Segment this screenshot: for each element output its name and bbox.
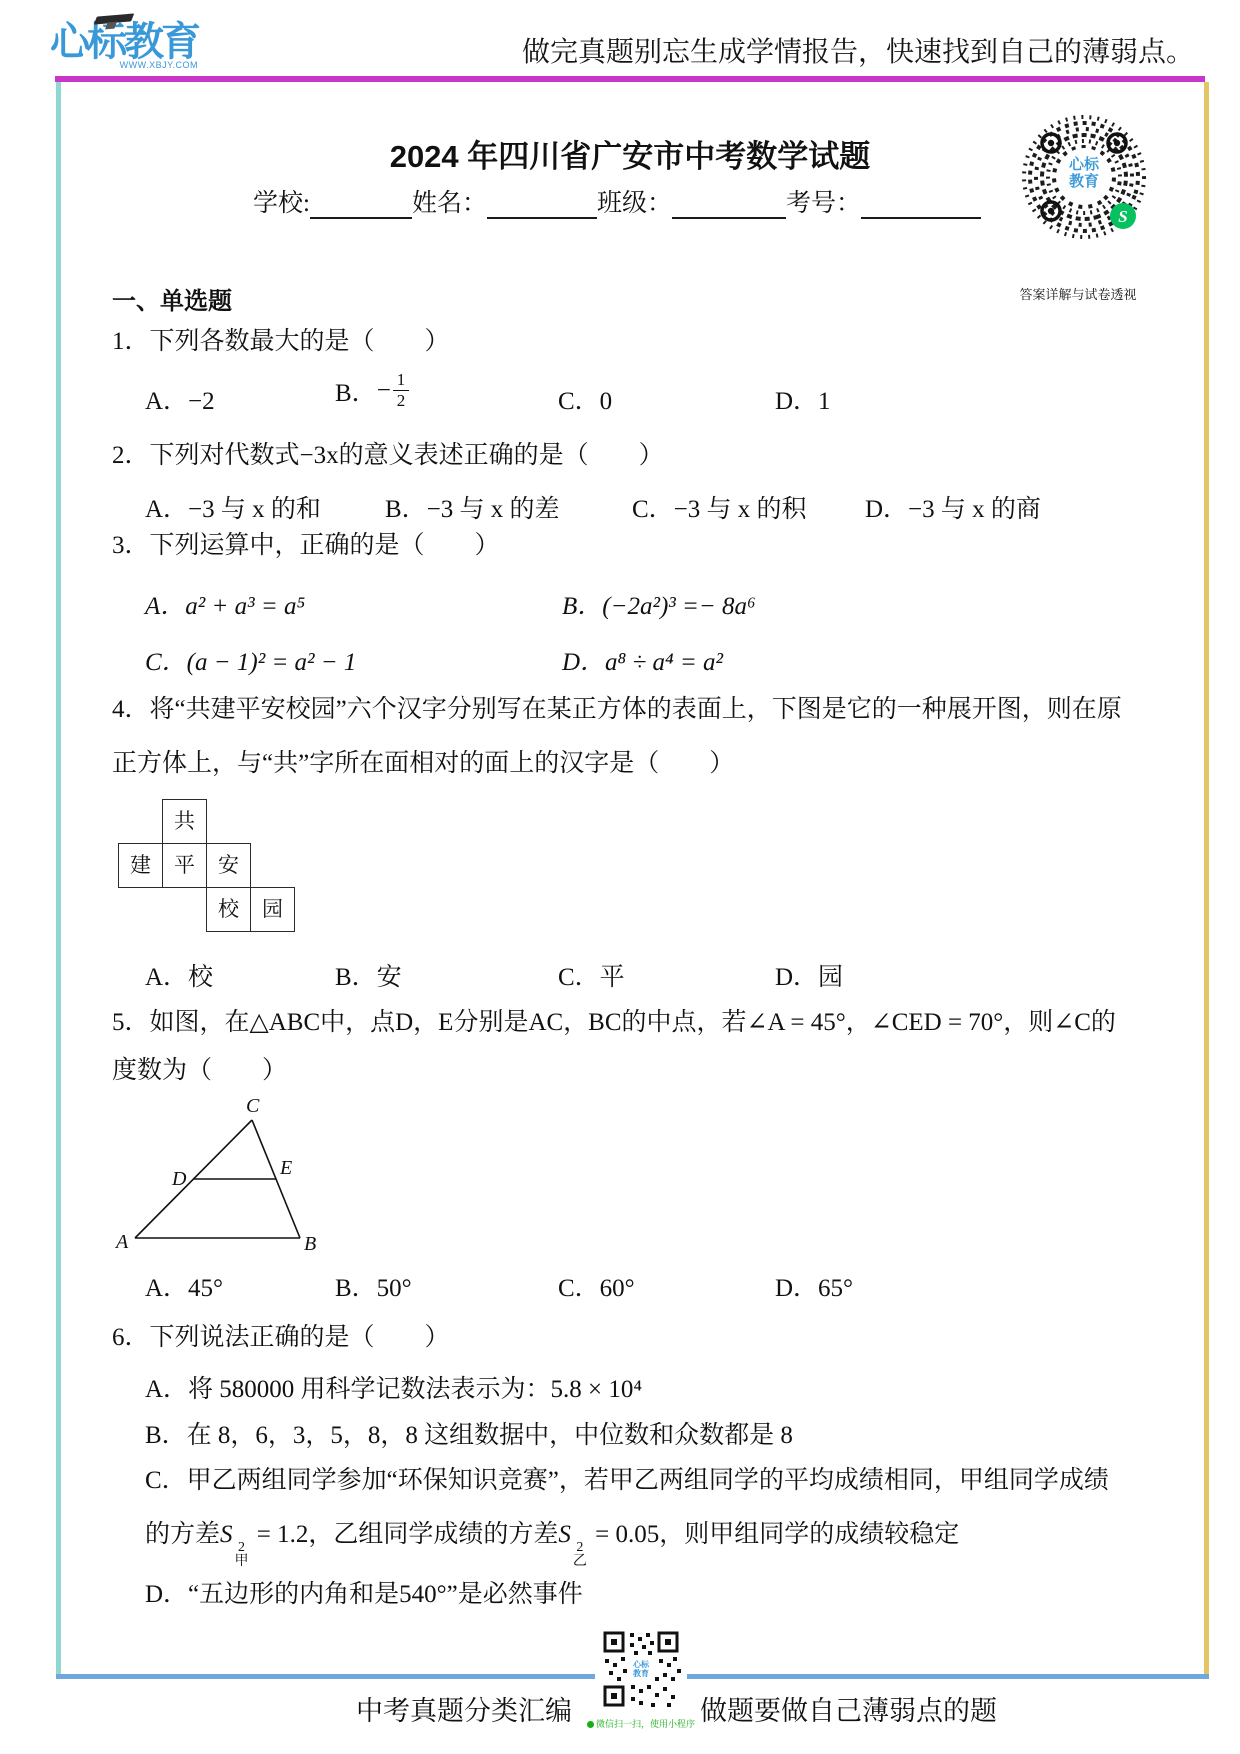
net-cell-gong: 共 bbox=[162, 799, 207, 844]
question-5-text-line2: 度数为（ ） bbox=[112, 1050, 287, 1086]
student-info-line: 学校: 姓名： 班级： 考号： bbox=[253, 183, 981, 219]
header-slogan: 做完真题别忘生成学情报告，快速找到自己的薄弱点。 bbox=[522, 30, 1194, 70]
q3-option-d: D．a⁸ ÷ a⁴ = a² bbox=[562, 642, 723, 678]
name-label: 姓名： bbox=[412, 183, 487, 219]
footer-qr-caption: 微信扫一扫，使用小程序 bbox=[575, 1717, 707, 1730]
minus-sign: − bbox=[377, 377, 391, 405]
q6-option-b: B．在 8，6，3，5，8，8 这组数据中，中位数和众数都是 8 bbox=[145, 1415, 793, 1451]
q5-option-a: A．45° bbox=[145, 1268, 223, 1304]
qr-center-brand-bottom: 教育 bbox=[1069, 172, 1099, 190]
net-cell-ping: 平 bbox=[162, 843, 207, 888]
q6-option-c-line2: 的方差S2甲 = 1.2，乙组同学成绩的方差S2乙 = 0.05，则甲组同学的成… bbox=[145, 1514, 959, 1569]
section-heading: 一、单选题 bbox=[112, 281, 232, 316]
q2-option-d: D．−3 与 x 的商 bbox=[865, 489, 1041, 525]
q4-option-b: B．安 bbox=[335, 957, 402, 993]
svg-text:S: S bbox=[1118, 207, 1127, 226]
net-cell-xiao: 校 bbox=[206, 887, 251, 932]
triangle-label-d: D bbox=[171, 1168, 187, 1190]
q4-option-d: D．园 bbox=[775, 957, 843, 993]
q5-option-d: D．65° bbox=[775, 1268, 853, 1304]
footer-qr-graphic: 心标 教育 bbox=[600, 1628, 682, 1710]
answers-qr-code: 心标 教育 S bbox=[1017, 110, 1151, 244]
school-label: 学校: bbox=[253, 183, 310, 219]
triangle-diagram: C D E A B bbox=[100, 1090, 330, 1260]
question-6-text: 6．下列说法正确的是（ ） bbox=[112, 1317, 450, 1353]
q6-option-c-line1: C．甲乙两组同学参加“环保知识竞赛”，若甲乙两组同学的平均成绩相同，甲组同学成绩 bbox=[145, 1460, 1109, 1496]
q5-option-b: B．50° bbox=[335, 1268, 412, 1304]
q2-option-a: A．−3 与 x 的和 bbox=[145, 489, 321, 525]
triangle-label-b: B bbox=[304, 1233, 316, 1255]
question-2-text: 2．下列对代数式−3x的意义表述正确的是（ ） bbox=[112, 435, 664, 471]
triangle-graphic: C D E A B bbox=[100, 1090, 330, 1255]
footer-qr-center-brand-top: 心标 bbox=[632, 1659, 650, 1669]
wechat-icon bbox=[587, 1721, 594, 1728]
question-3-text: 3．下列运算中，正确的是（ ） bbox=[112, 525, 500, 561]
triangle-label-c: C bbox=[246, 1095, 260, 1117]
q6-option-a: A．将 580000 用科学记数法表示为：5.8 × 10⁴ bbox=[145, 1369, 642, 1405]
net-cell-jian: 建 bbox=[118, 843, 163, 888]
cube-net-diagram: 共 建 平 安 校 园 bbox=[118, 799, 318, 934]
q2-option-b: B．−3 与 x 的差 bbox=[385, 489, 560, 525]
footer-qr-center-brand-bottom: 教育 bbox=[632, 1668, 649, 1678]
triangle-label-e: E bbox=[279, 1157, 292, 1179]
answers-qr-graphic: 心标 教育 S bbox=[1017, 110, 1151, 244]
class-blank-line bbox=[672, 191, 786, 219]
class-label: 班级： bbox=[597, 183, 672, 219]
q4-option-c: C．平 bbox=[558, 957, 625, 993]
variance-symbol-yi: S bbox=[558, 1521, 571, 1548]
exam-number-blank-line bbox=[861, 191, 981, 219]
page: { "header": { "logo_text": "心标教育", "logo… bbox=[0, 0, 1240, 1754]
net-cell-an: 安 bbox=[206, 843, 251, 888]
fraction-one-half: 1 2 bbox=[393, 370, 410, 412]
school-blank-line bbox=[310, 191, 412, 219]
q2-option-c: C．−3 与 x 的积 bbox=[632, 489, 807, 525]
footer-right-text: 做题要做自己薄弱点的题 bbox=[700, 1689, 997, 1728]
q6-option-d: D．“五边形的内角和是540°”是必然事件 bbox=[145, 1574, 583, 1610]
q3-option-c: C．(a − 1)² = a² − 1 bbox=[145, 642, 356, 678]
q3-option-a: A．a² + a³ = a⁵ bbox=[145, 586, 305, 622]
triangle-label-a: A bbox=[114, 1231, 129, 1253]
logo-text: 心标教育 bbox=[50, 22, 198, 62]
q1-option-d: D．1 bbox=[775, 381, 831, 417]
variance-supsub-jia: 2甲 bbox=[235, 1541, 249, 1569]
footer-left-text: 中考真题分类汇编 bbox=[356, 1689, 572, 1728]
q5-option-c: C．60° bbox=[558, 1268, 635, 1304]
q1-option-c: C．0 bbox=[558, 381, 612, 417]
net-cell-yuan: 园 bbox=[250, 887, 295, 932]
variance-supsub-yi: 2乙 bbox=[573, 1541, 587, 1569]
question-1-text: 1．下列各数最大的是（ ） bbox=[112, 321, 450, 357]
q1-option-b-label: B． bbox=[335, 373, 377, 409]
question-4-text-line1: 4．将“共建平安校园”六个汉字分别写在某正方体的表面上，下图是它的一种展开图，则… bbox=[112, 689, 1122, 725]
q1-option-b: B． − 1 2 bbox=[335, 370, 409, 412]
q3-option-b: B．(−2a²)³ =− 8a⁶ bbox=[562, 586, 756, 622]
brand-logo: 心标教育 WWW.XBJY.COM bbox=[50, 22, 198, 70]
question-5-text-line1: 5．如图，在△ABC中，点D，E分别是AC，BC的中点，若∠A = 45°，∠C… bbox=[112, 1002, 1116, 1038]
qr-center-brand-top: 心标 bbox=[1069, 155, 1100, 173]
exam-number-label: 考号： bbox=[786, 183, 861, 219]
q1-option-a: A．−2 bbox=[145, 381, 215, 417]
q4-option-a: A．校 bbox=[145, 957, 213, 993]
footer-qr-code: 心标 教育 bbox=[595, 1628, 687, 1716]
question-4-text-line2: 正方体上，与“共”字所在面相对的面上的汉字是（ ） bbox=[112, 743, 734, 779]
variance-symbol-jia: S bbox=[220, 1521, 233, 1548]
answers-qr-caption: 答案详解与试卷透视 bbox=[1003, 284, 1153, 303]
name-blank-line bbox=[487, 191, 597, 219]
